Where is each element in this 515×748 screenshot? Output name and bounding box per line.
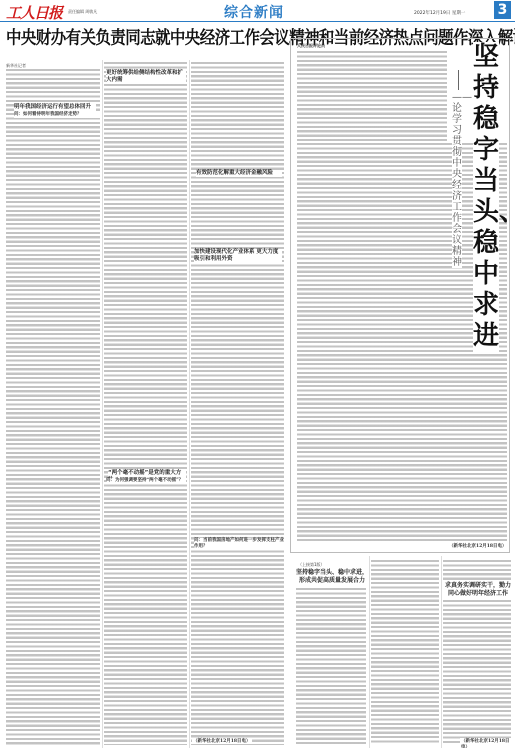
newspaper-logo: 工人日报 [6,2,62,23]
subhead-industry-system: 加快建设现代化产业体系 更大力度吸引和利用外资 [194,249,282,263]
masthead: 工人日报 责任编辑 周敏凡 综合新闻 2022年12月19日 星期一 3 [0,0,515,22]
editorial-subtitle: ——论学习贯彻中央经济工作会议精神 [452,92,466,268]
sub-article-2-text [443,600,511,745]
qa-question: 问：当前我国房地产如何进一步发挥支柱产业作用？ [194,538,284,550]
subtitle-dash [458,70,459,90]
bottom-credit: （新华社北京12月18日电） [460,738,515,748]
sub-article-middle-text [371,560,439,745]
editorial-source: 人民日报评论员 [297,43,325,49]
page-number: 3 [494,1,511,19]
issue-date: 2022年12月19日 星期一 [414,10,465,16]
column-divider [189,60,190,748]
editorial-title-text: 坚持稳字当头、稳中求进 [473,42,499,352]
article-column-3 [191,62,284,745]
sub-article-1-text [296,588,366,745]
subhead-economic-outlook: 明年我国经济运行有望总体回升 [14,104,96,111]
sub-article-2-lead [443,560,511,580]
subhead-risk: 有效防范化解重大经济金融风险 [196,170,282,177]
qa-question: 问：为何强调要坚持“两个毫不动摇”？ [106,478,186,484]
sub-article-title-2[interactable]: 求真务实调研实干，勠力同心做好明年经济工作 [443,582,513,598]
continued-label: （上接第1版） [298,562,325,568]
main-headline[interactable]: 中央财办有关负责同志就中央经济工作会议精神和当前经济热点问题作深入解读 [6,24,288,49]
article-column-1 [6,69,100,745]
editorial-text-top [297,51,447,141]
column-divider [369,556,370,748]
article-credit: （新华社北京12月18日电） [192,738,252,744]
qa-question: 问：如何看待明年我国经济走势？ [14,112,100,118]
sub-article-title-1[interactable]: 坚持稳字当头、稳中求进，形成共促高质量发展合力 [296,569,368,585]
editorial-subtitle-text: ——论学习贯彻中央经济工作会议精神 [452,92,462,268]
column-divider [441,556,442,748]
section-title: 综合新闻 [224,2,284,22]
editor-credit: 责任编辑 周敏凡 [68,9,97,15]
subhead-supply-demand: 更好统筹供给侧结构性改革和扩大内需 [106,70,186,84]
article-column-2 [104,62,187,745]
column-divider [102,60,103,748]
editorial-credit: （新华社北京12月18日电） [448,543,508,549]
editorial-title[interactable]: 坚持稳字当头、稳中求进 [466,42,506,352]
